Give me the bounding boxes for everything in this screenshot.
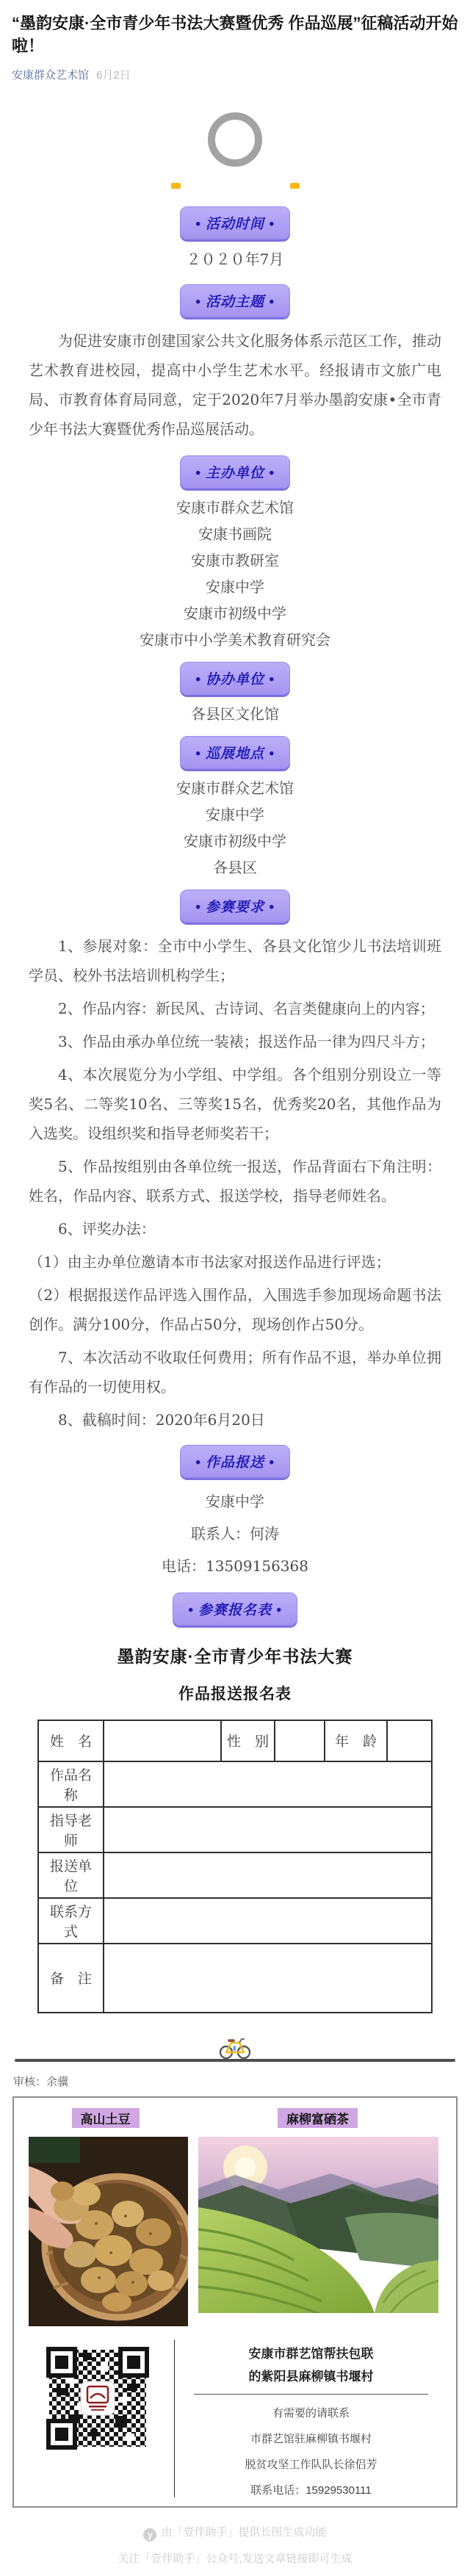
section-divider	[0, 2034, 470, 2062]
requirements-list: 1、参展对象：全市中小学生、各县文化馆少儿书法培训班学员、校外书法培训机构学生；…	[29, 931, 441, 1435]
author-link[interactable]: 安康群众艺术馆	[12, 69, 89, 82]
article-title: “墨韵安康·全市青少年书法大赛暨优秀 作品巡展”征稿活动开始啦！	[12, 12, 458, 57]
submission-line: 电话：13509156368	[0, 1550, 470, 1582]
cohost-list: 各县区文化馆	[0, 701, 470, 727]
org-line: 安康市群艺馆帮扶包联	[175, 2342, 447, 2365]
contact-phone: 联系电话：15929530111	[175, 2482, 447, 2497]
form-title-sub: 作品报送报名表	[0, 1682, 470, 1704]
requirement-subitem: （2）根据报送作品评选入围作品，入围选手参加现场命题书法创作。满分100分，作品…	[29, 1280, 441, 1339]
badge-host-units: • 主办单位 •	[180, 455, 290, 488]
cell-age-label: 年 龄	[325, 1720, 387, 1761]
cell-remarks-label: 备 注	[38, 1944, 104, 2013]
badge-activity-theme: • 活动主题 •	[180, 284, 290, 317]
cohost-item: 各县区文化馆	[0, 701, 470, 727]
cell-work-title-blank	[104, 1761, 432, 1807]
footer-text1: 由「壹伴助手」提供长图生成功能	[161, 2526, 326, 2539]
footer-line2: 关注「壹伴助手」公众号,发送文章链接即可生成	[0, 2550, 470, 2566]
badge-registration-form: • 参赛报名表 •	[173, 1592, 297, 1626]
submission-line: 安康中学	[0, 1485, 470, 1518]
contact-line: 市群艺馆驻麻柳镇书堰村	[175, 2431, 447, 2446]
contact-intro: 有需要的请联系	[175, 2405, 447, 2420]
tour-location-list: 安康市群众艺术馆 安康中学 安康市初级中学 各县区	[0, 775, 470, 881]
requirement-subitem: （1）由主办单位邀请本市书法家对报送作品进行评选；	[29, 1247, 441, 1277]
org-line: 的紫阳县麻柳镇书堰村	[175, 2365, 447, 2388]
tour-location-item: 安康市初级中学	[0, 828, 470, 854]
cell-teacher-label: 指导老师	[38, 1807, 104, 1852]
requirement-item: 3、作品由承办单位统一装裱；报送作品一律为四尺斗方；	[29, 1027, 441, 1056]
table-row: 指导老师	[38, 1807, 432, 1852]
caption-tea: 麻柳富硒茶	[278, 2108, 358, 2128]
requirement-item: 8、截稿时间：2020年6月20日	[29, 1405, 441, 1435]
potato-photo[interactable]	[29, 2137, 188, 2326]
tour-location-item: 安康中学	[0, 801, 470, 828]
cell-work-title-label: 作品名称	[38, 1761, 104, 1807]
contact-line: 脱贫攻坚工作队队长徐侣芳	[175, 2456, 447, 2472]
tour-location-item: 各县区	[0, 854, 470, 881]
promo-box: 高山土豆 麻柳富硒茶	[12, 2096, 458, 2508]
contact-block: 安康市群艺馆帮扶包联 的紫阳县麻柳镇书堰村 有需要的请联系 市群艺馆驻麻柳镇书堰…	[175, 2339, 447, 2498]
cell-age-blank	[387, 1720, 432, 1761]
caption-potato: 高山土豆	[72, 2108, 140, 2128]
table-row: 联系方式	[38, 1898, 432, 1944]
table-row: 作品名称	[38, 1761, 432, 1807]
registration-table: 姓 名 性 别 年 龄 作品名称 指导老师 报送单位 联系方式 备 注	[37, 1720, 433, 2013]
badge-tour-locations: • 巡展地点 •	[180, 736, 290, 769]
tea-field-photo[interactable]	[198, 2137, 438, 2313]
form-title-main: 墨韵安康·全市青少年书法大赛	[0, 1643, 470, 1667]
cell-contact-blank	[104, 1898, 432, 1944]
article-meta: 安康群众艺术馆6月2日	[12, 68, 458, 83]
reviewer-line: 审核：余骥	[13, 2074, 470, 2089]
host-item: 安康市初级中学	[0, 600, 470, 627]
host-item: 安康市教研室	[0, 547, 470, 574]
accent-dot-icon	[171, 183, 181, 189]
badge-entry-requirements: • 参赛要求 •	[180, 890, 290, 923]
cell-gender-label: 性 别	[221, 1720, 275, 1761]
contact-divider	[194, 2394, 428, 2395]
activity-time-value: ２０２０年7月	[0, 246, 470, 273]
cell-gender-blank	[275, 1720, 325, 1761]
host-item: 安康市中小学美术教育研究会	[0, 627, 470, 653]
submission-line: 联系人：何涛	[0, 1518, 470, 1550]
host-item: 安康中学	[0, 574, 470, 600]
table-row: 姓 名 性 别 年 龄	[38, 1720, 432, 1761]
requirement-item: 6、评奖办法：	[29, 1214, 441, 1244]
cell-teacher-blank	[104, 1807, 432, 1852]
intro-paragraph: 为促进安康市创建国家公共文化服务体系示范区工作，推动艺术教育进校园，提高中小学生…	[29, 326, 441, 444]
cell-unit-label: 报送单位	[38, 1852, 104, 1898]
accent-dot-icon	[290, 183, 300, 189]
host-item: 安康书画院	[0, 521, 470, 547]
badge-work-submission: • 作品报送 •	[180, 1445, 290, 1478]
host-item: 安康市群众艺术馆	[0, 494, 470, 521]
badge-activity-time: • 活动时间 •	[180, 206, 290, 239]
footer-line1: y由「壹伴助手」提供长图生成功能	[0, 2524, 470, 2541]
cell-unit-blank	[104, 1852, 432, 1898]
divider-line	[15, 2059, 455, 2062]
badge-cohost-units: • 协办单位 •	[180, 662, 290, 695]
requirement-item: 2、作品内容：新民风、古诗词、名言类健康向上的内容；	[29, 994, 441, 1023]
cell-name-label: 姓 名	[38, 1720, 104, 1761]
table-row: 备 注	[38, 1944, 432, 2013]
intro-paragraph-block: 为促进安康市创建国家公共文化服务体系示范区工作，推动艺术教育进校园，提高中小学生…	[29, 326, 441, 444]
requirement-item: 1、参展对象：全市中小学生、各县文化馆少儿书法培训班学员、校外书法培训机构学生；	[29, 931, 441, 990]
image-loading-ring-icon[interactable]	[208, 112, 262, 167]
table-row: 报送单位	[38, 1852, 432, 1898]
yiban-logo-icon: y	[143, 2528, 156, 2541]
cell-contact-label: 联系方式	[38, 1898, 104, 1944]
submission-info: 安康中学 联系人：何涛 电话：13509156368	[0, 1485, 470, 1582]
bicycle-icon	[217, 2035, 253, 2060]
host-list: 安康市群众艺术馆 安康书画院 安康市教研室 安康中学 安康市初级中学 安康市中小…	[0, 494, 470, 653]
accent-dots	[0, 183, 470, 190]
cell-name-blank	[104, 1720, 221, 1761]
requirement-item: 5、作品按组别由各单位统一报送，作品背面右下角注明：姓名，作品内容、联系方式、报…	[29, 1152, 441, 1211]
cell-remarks-blank	[104, 1944, 432, 2013]
requirement-item: 4、本次展览分为小学组、中学组。各个组别分别设立一等奖5名、二等奖10名、三等奖…	[29, 1060, 441, 1148]
requirement-item: 7、本次活动不收取任何费用；所有作品不退，举办单位拥有作品的一切使用权。	[29, 1343, 441, 1401]
tour-location-item: 安康市群众艺术馆	[0, 775, 470, 801]
qr-code[interactable]	[39, 2339, 156, 2457]
article-page: “墨韵安康·全市青少年书法大赛暨优秀 作品巡展”征稿活动开始啦！ 安康群众艺术馆…	[0, 0, 470, 2576]
publish-date: 6月2日	[96, 69, 131, 82]
generator-footer: y由「壹伴助手」提供长图生成功能 关注「壹伴助手」公众号,发送文章链接即可生成	[0, 2524, 470, 2566]
footer-text2: 关注「壹伴助手」公众号,发送文章链接即可生成	[117, 2552, 352, 2565]
